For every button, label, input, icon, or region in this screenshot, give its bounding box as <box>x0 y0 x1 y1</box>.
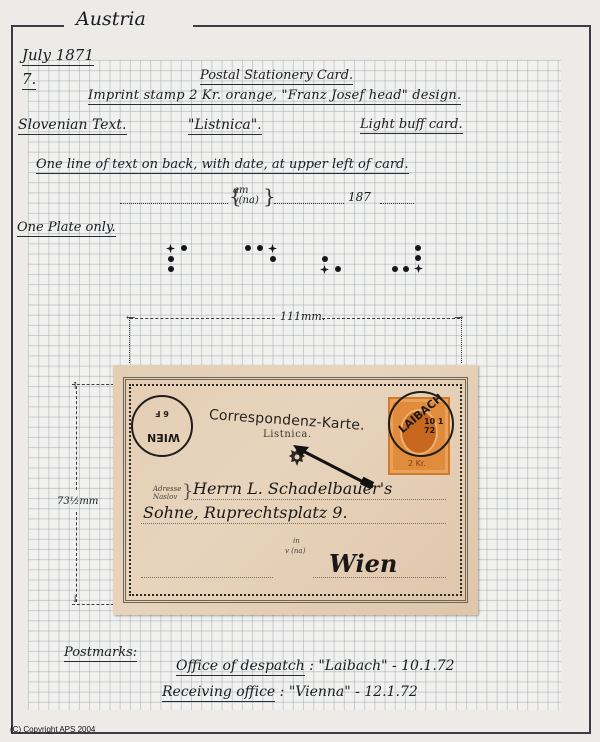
height-measure-line-bottom <box>76 512 77 602</box>
brace-left-icon: { <box>229 186 242 206</box>
height-measure-line-top <box>76 386 77 490</box>
card-color-note: Light buff card. <box>360 117 463 134</box>
despatch-postmark: LAIBACH 10 1 72 <box>388 391 454 457</box>
issue-date: July 1871 <box>22 46 94 66</box>
receiving-label: Receiving office <box>162 684 275 702</box>
width-measure-label: 111mm. <box>280 310 325 323</box>
in-label: in <box>293 537 300 545</box>
postal-stationery-card: WIEN 6 F Correspondenz-Karte. Listnica. … <box>113 365 478 615</box>
arrival-postmark-code: 6 F <box>155 409 169 418</box>
arrow-down-icon: ↓ <box>71 594 79 605</box>
address-label-german: Adresse <box>153 485 181 493</box>
item-title: Postal Stationery Card. <box>200 68 353 85</box>
item-number: 7. <box>22 70 36 90</box>
plate-note: One Plate only. <box>17 220 116 237</box>
frame-top-left-rule <box>11 25 64 27</box>
vna-label: v (na) <box>285 547 305 555</box>
imprint-description: Imprint stamp 2 Kr. orange, "Franz Josef… <box>88 88 461 105</box>
receiving-row: Receiving office : "Vienna" - 12.1.72 <box>162 684 418 700</box>
back-line-dots-1 <box>120 203 228 204</box>
despatch-label: Office of despatch <box>176 658 305 676</box>
back-text-note: One line of text on back, with date, at … <box>36 157 409 174</box>
address-rule-1 <box>191 499 446 500</box>
address-rule-2 <box>141 523 446 524</box>
height-measure-label: 73½mm <box>57 496 98 507</box>
copyright-notice: (C) Copyright APS 2004 <box>10 725 95 734</box>
arrow-up-icon: ↑ <box>71 381 79 392</box>
width-extension-left <box>129 318 130 363</box>
receiving-value: : "Vienna" - 12.1.72 <box>280 684 418 700</box>
width-measure-line-left <box>130 318 275 319</box>
arrow-left-icon: ← <box>126 311 135 324</box>
text-language: Slovenian Text. <box>18 117 127 135</box>
card-subheading: Listnica. <box>263 429 312 440</box>
stamp-value: 2 Kr. <box>408 459 426 468</box>
despatch-postmark-date: 10 1 72 <box>424 417 452 435</box>
back-line-year: 187 <box>348 190 371 204</box>
country-heading: Austria <box>76 8 146 30</box>
back-line-dots-3 <box>380 203 414 204</box>
address-city: Wien <box>329 549 397 578</box>
back-line-dots-2 <box>274 203 344 204</box>
despatch-value: : "Laibach" - 10.1.72 <box>309 658 454 674</box>
despatch-row: Office of despatch : "Laibach" - 10.1.72 <box>176 658 455 674</box>
address-rule-3-left <box>141 577 273 578</box>
frame-top-right-rule <box>193 25 589 27</box>
address-line-2: Sohne, Ruprechtsplatz 9. <box>143 503 348 522</box>
postmarks-heading: Postmarks: <box>64 645 137 662</box>
width-extension-right <box>461 318 462 363</box>
card-word: "Listnica". <box>188 117 262 135</box>
width-measure-line-right <box>322 318 460 319</box>
address-rule-3-right <box>313 577 446 578</box>
arrival-postmark: WIEN 6 F <box>131 395 193 457</box>
address-line-1: Herrn L. Schadelbauer's <box>193 479 392 498</box>
arrival-postmark-text: WIEN <box>147 431 180 444</box>
address-label-slovenian: Naslov <box>153 493 177 501</box>
